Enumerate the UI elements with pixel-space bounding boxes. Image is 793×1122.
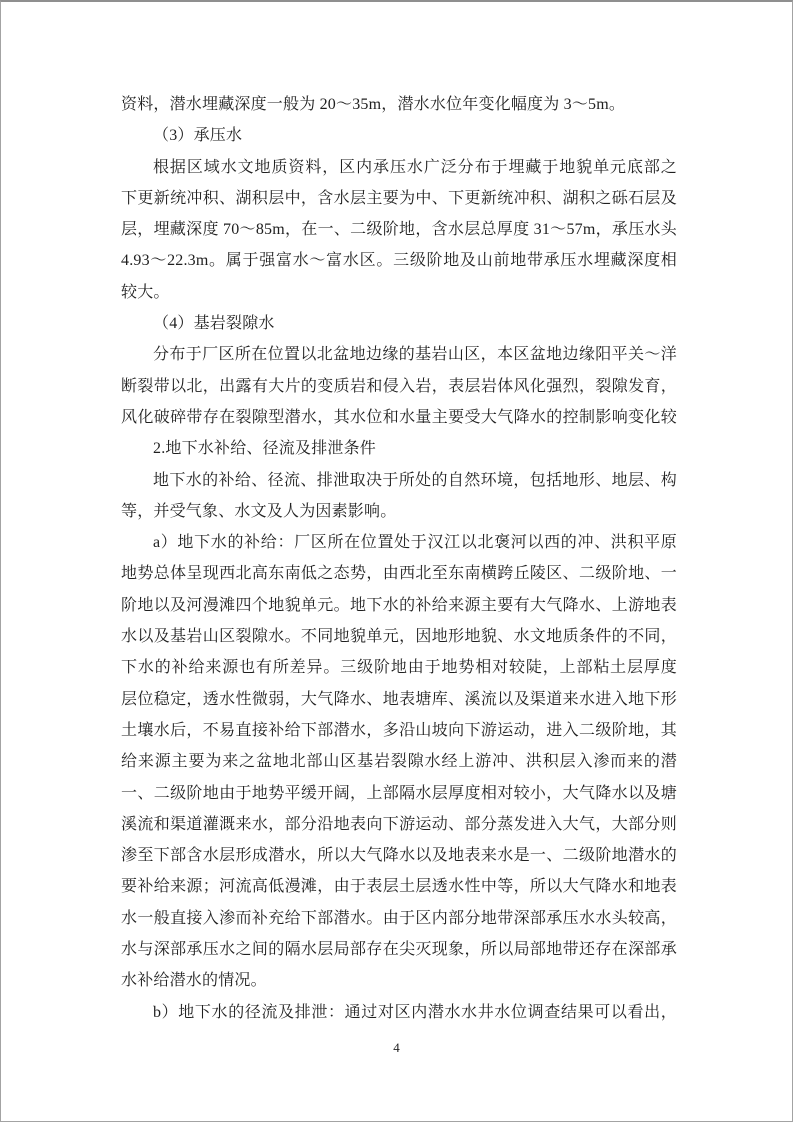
text-line: 较大。 [121,277,677,308]
text-line: 断裂带以北，出露有大片的变质岩和侵入岩，表层岩体风化强烈，裂隙发育，在 [121,371,677,402]
text-line: 溪流和渠道灌溉来水，部分沿地表向下游运动、部分蒸发进入大气，大部分则入 [121,809,677,840]
text-line: 资料，潜水埋藏深度一般为 20～35m，潜水水位年变化幅度为 3～5m。 [121,89,677,120]
text-line: 等，并受气象、水文及人为因素影响。 [121,496,677,527]
text-line: （3）承压水 [121,120,677,151]
text-line: 水补给潜水的情况。 [121,965,677,996]
text-line: 下更新统冲积、湖积层中，含水层主要为中、下更新统冲积、湖积之砾石层及砂 [121,183,677,214]
text-line: 要补给来源；河流高低漫滩，由于表层土层透水性中等，所以大气降水和地表来 [121,871,677,902]
text-line: 分布于厂区所在位置以北盆地边缘的基岩山区，本区盆地边缘阳平关～洋县 [121,339,677,370]
text-line: 2.地下水补给、径流及排泄条件 [121,433,677,464]
text-line: 阶地以及河漫滩四个地貌单元。地下水的补给来源主要有大气降水、上游地表来 [121,590,677,621]
text-line: 地势总体呈现西北高东南低之态势，由西北至东南横跨丘陵区、二级阶地、一级 [121,558,677,589]
text-line: b）地下水的径流及排泄：通过对区内潜水水井水位调查结果可以看出，区 [121,997,677,1028]
text-line: 下水的补给来源也有所差异。三级阶地由于地势相对较陡，上部粘土层厚度大， [121,652,677,683]
text-line: 层，埋藏深度 70～85m，在一、二级阶地，含水层总厚度 31～57m，承压水头… [121,214,677,245]
text-line: 层位稳定，透水性微弱，大气降水、地表塘库、溪流以及渠道来水进入地下形成 [121,684,677,715]
page-number: 4 [393,1040,400,1055]
text-line: 地下水的补给、径流、排泄取决于所处的自然环境，包括地形、地层、构造 [121,465,677,496]
text-line: a）地下水的补给：厂区所在位置处于汉江以北褒河以西的冲、洪积平原上， [121,527,677,558]
text-line: 根据区域水文地质资料，区内承压水广泛分布于埋藏于地貌单元底部之中、 [121,152,677,183]
text-line: 渗至下部含水层形成潜水，所以大气降水以及地表来水是一、二级阶地潜水的主 [121,840,677,871]
text-line: （4）基岩裂隙水 [121,308,677,339]
text-line: 土壤水后，不易直接补给下部潜水，多沿山坡向下游运动，进入二级阶地，其补 [121,715,677,746]
text-line: 一、二级阶地由于地势平缓开阔，上部隔水层厚度相对较小，大气降水以及塘库、 [121,778,677,809]
page-footer: 4 [1,1040,792,1056]
text-line: 水与深部承压水之间的隔水层局部存在尖灭现象，所以局部地带还存在深部承压 [121,934,677,965]
document-body: 资料，潜水埋藏深度一般为 20～35m，潜水水位年变化幅度为 3～5m。（3）承… [121,89,677,1028]
text-line: 水一般直接入渗而补充给下部潜水。由于区内部分地带深部承压水水头较高，潜 [121,903,677,934]
document-page: 资料，潜水埋藏深度一般为 20～35m，潜水水位年变化幅度为 3～5m。（3）承… [0,0,793,1122]
text-line: 4.93～22.3m。属于强富水～富水区。三级阶地及山前地带承压水埋藏深度相对 [121,245,677,276]
text-line: 水以及基岩山区裂隙水。不同地貌单元，因地形地貌、水文地质条件的不同，地 [121,621,677,652]
text-line: 给来源主要为来之盆地北部山区基岩裂隙水经上游冲、洪积层入渗而来的潜水； [121,746,677,777]
text-line: 风化破碎带存在裂隙型潜水，其水位和水量主要受大气降水的控制影响变化较大。 [121,402,677,433]
